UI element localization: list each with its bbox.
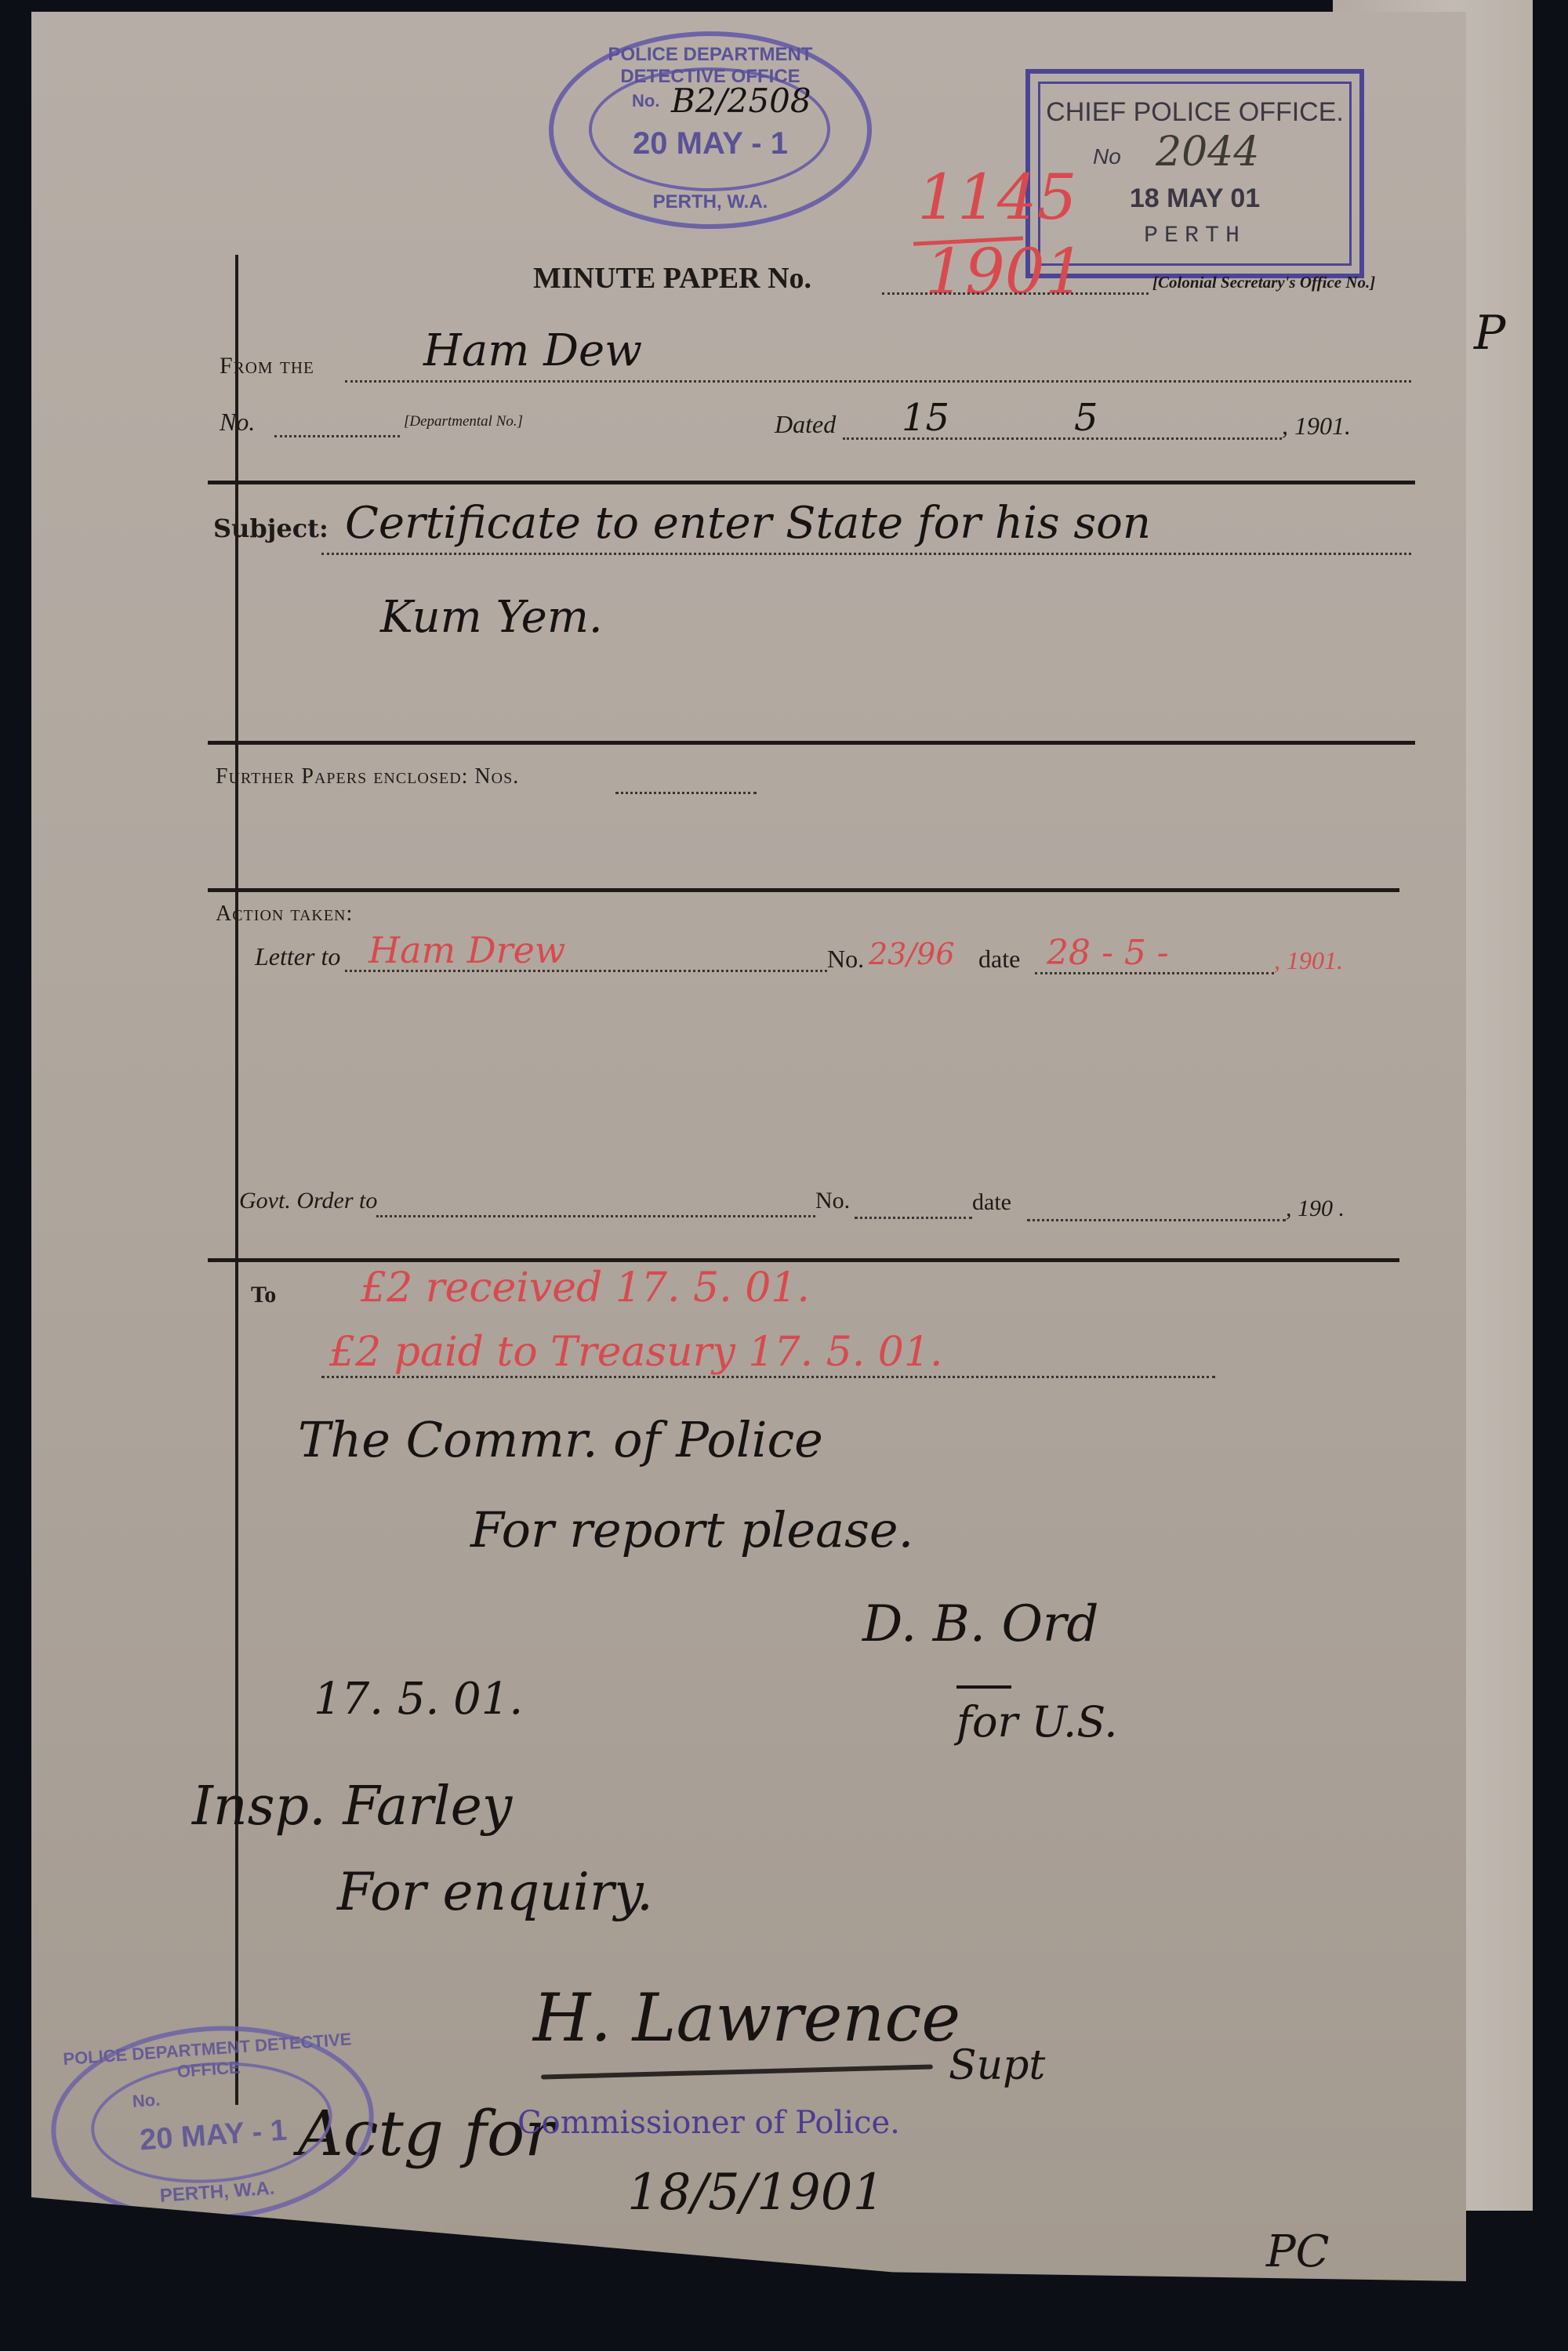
colonial-no-label: [Colonial Secretary's Office No.]: [1152, 273, 1375, 292]
from-value: Ham Dew: [423, 325, 642, 376]
dated-year: , 1901.: [1282, 412, 1351, 441]
to-dotted-line: [321, 1376, 1215, 1378]
commissioner-of-police-stamp: Commissioner of Police.: [517, 2105, 900, 2141]
colonial-no-denominator: 1901: [925, 235, 1085, 308]
subject-line-2: Kum Yem.: [380, 592, 603, 643]
govt-date-label: date: [972, 1189, 1011, 1216]
back-sheet-mark: P: [1474, 306, 1505, 361]
rule-3: [208, 888, 1399, 892]
letter-year: , 1901.: [1274, 946, 1343, 975]
instruction-line-2: For enquiry.: [337, 1862, 653, 1922]
detective-office-stamp-bottom: POLICE DEPARTMENT DETECTIVE OFFICE No. 2…: [45, 2015, 380, 2231]
letter-date-value: 28 - 5 -: [1047, 933, 1169, 973]
minute-signature: D. B. Ord: [862, 1595, 1098, 1653]
from-label: From the: [220, 353, 314, 379]
dated-label: Dated: [775, 410, 836, 439]
rule-1: [208, 481, 1415, 484]
form-title: MINUTE PAPER No.: [533, 261, 811, 296]
from-dotted-line: [345, 380, 1411, 383]
commissioner-date: 18/5/1901: [627, 2164, 884, 2222]
subject-dotted-line: [321, 553, 1411, 555]
dept-no-dotted-line: [274, 435, 400, 437]
stamp-no-label: No.: [132, 2090, 161, 2112]
subject-label: Subject:: [213, 513, 328, 543]
letter-to-value: Ham Drew: [368, 929, 565, 971]
dated-month: 5: [1074, 396, 1098, 440]
subject-line-1: Certificate to enter State for his son: [345, 498, 1151, 549]
signature-underline: [956, 1685, 1011, 1689]
to-label: To: [251, 1282, 276, 1308]
red-note-paid-treasury: £2 paid to Treasury 17. 5. 01.: [329, 1329, 943, 1376]
letter-to-label: Letter to: [255, 942, 340, 971]
colonial-no-numerator: 1145: [917, 161, 1077, 234]
minute-line-1: The Commr. of Police: [298, 1411, 823, 1468]
action-taken-label: Action taken:: [216, 902, 353, 927]
minute-date: 17. 5. 01.: [314, 1674, 523, 1725]
letter-no-value: 23/96: [869, 937, 955, 971]
further-papers-label: Further Papers enclosed: Nos.: [216, 764, 519, 789]
minute-paper: POLICE DEPARTMENT DETECTIVE OFFICE No. B…: [31, 12, 1466, 2281]
rule-4: [208, 1258, 1399, 1262]
stamp-no-label: No.: [632, 91, 659, 111]
minute-no-dotted-line: [882, 292, 1149, 295]
govt-order-dotted-line: [376, 1215, 815, 1217]
instruction-line-1: Insp. Farley: [192, 1776, 512, 1838]
rule-2: [208, 741, 1415, 745]
detective-office-stamp-top: POLICE DEPARTMENT DETECTIVE OFFICE No. B…: [549, 31, 872, 229]
govt-year: , 190 .: [1286, 1195, 1345, 1222]
letter-date-label: date: [978, 945, 1020, 974]
stamp-no-value: B2/2508: [671, 82, 811, 120]
govt-order-label: Govt. Order to: [239, 1188, 377, 1214]
minute-signature-for: for U.S.: [956, 1697, 1117, 1747]
further-papers-dotted-line: [615, 792, 757, 794]
stamp-title: CHIEF POLICE OFFICE.: [1030, 97, 1359, 128]
initials: PC: [1266, 2226, 1330, 2277]
stamp-no-label: No: [1093, 144, 1121, 169]
govt-date-dotted-line: [1027, 1219, 1286, 1221]
stamp-no-value: 2044: [1156, 129, 1259, 176]
govt-no-dotted-line: [855, 1217, 972, 1219]
red-note-received: £2 received 17. 5. 01.: [361, 1264, 810, 1312]
commissioner-signature-flourish: [541, 2064, 933, 2079]
letter-no-label: No.: [827, 945, 864, 974]
dept-no-hint: [Departmental No.]: [404, 413, 523, 430]
stamp-bottom-text: PERTH, W.A.: [554, 191, 867, 213]
dept-no-label: No.: [220, 408, 255, 437]
commissioner-rank: Supt: [949, 2042, 1045, 2089]
stamp-date: 20 MAY - 1: [554, 126, 867, 161]
commissioner-signature: H. Lawrence: [533, 1979, 960, 2056]
stamp-date: 18 MAY 01: [1030, 183, 1359, 214]
minute-line-2: For report please.: [470, 1501, 913, 1558]
dated-day: 15: [902, 396, 949, 440]
govt-no-label: No.: [815, 1188, 850, 1214]
